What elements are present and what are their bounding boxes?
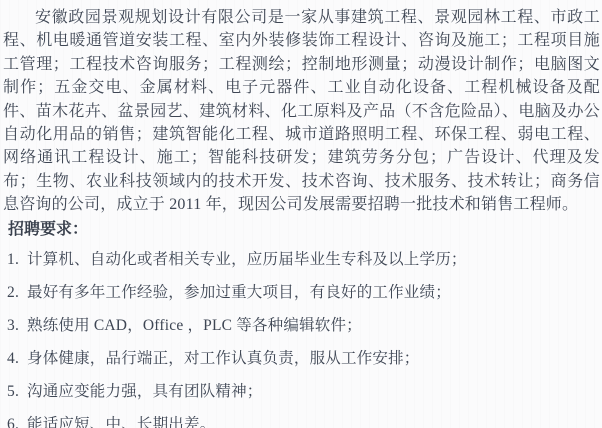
company-intro-paragraph: 安徽政园景观规划设计有限公司是一家从事建筑工程、景观园林工程、市政工程、机电暖通…: [3, 6, 600, 217]
requirements-heading: 招聘要求：: [8, 220, 600, 240]
requirement-item-2: 2. 最好有多年工作经验，参加过重大项目，有良好的工作业绩；: [3, 282, 600, 303]
requirement-number: 2.: [3, 282, 27, 303]
requirement-number: 5.: [3, 381, 27, 402]
requirement-text: 沟通应变能力强，具有团队精神；: [27, 381, 600, 402]
requirement-number: 6.: [3, 414, 27, 428]
requirement-text: 身体健康，品行端正，对工作认真负责，服从工作安排；: [27, 348, 600, 369]
requirement-number: 4.: [3, 348, 27, 369]
requirement-item-1: 1. 计算机、自动化或者相关专业，应历届毕业生专科及以上学历；: [3, 249, 600, 270]
requirement-text: 熟练使用 CAD，Office ，PLC 等各种编辑软件；: [27, 315, 600, 336]
requirement-number: 1.: [3, 249, 27, 270]
requirements-list: 1. 计算机、自动化或者相关专业，应历届毕业生专科及以上学历； 2. 最好有多年…: [3, 249, 600, 428]
requirement-item-5: 5. 沟通应变能力强，具有团队精神；: [3, 381, 600, 402]
requirement-item-3: 3. 熟练使用 CAD，Office ，PLC 等各种编辑软件；: [3, 315, 600, 336]
requirement-text: 最好有多年工作经验，参加过重大项目，有良好的工作业绩；: [27, 282, 600, 303]
requirement-item-4: 4. 身体健康，品行端正，对工作认真负责，服从工作安排；: [3, 348, 600, 369]
requirement-text: 计算机、自动化或者相关专业，应历届毕业生专科及以上学历；: [27, 249, 600, 270]
requirement-text: 能适应短、中、长期出差。: [27, 414, 600, 428]
recruitment-document: 安徽政园景观规划设计有限公司是一家从事建筑工程、景观园林工程、市政工程、机电暖通…: [0, 0, 602, 428]
requirement-item-6: 6. 能适应短、中、长期出差。: [3, 414, 600, 428]
requirement-number: 3.: [3, 315, 27, 336]
